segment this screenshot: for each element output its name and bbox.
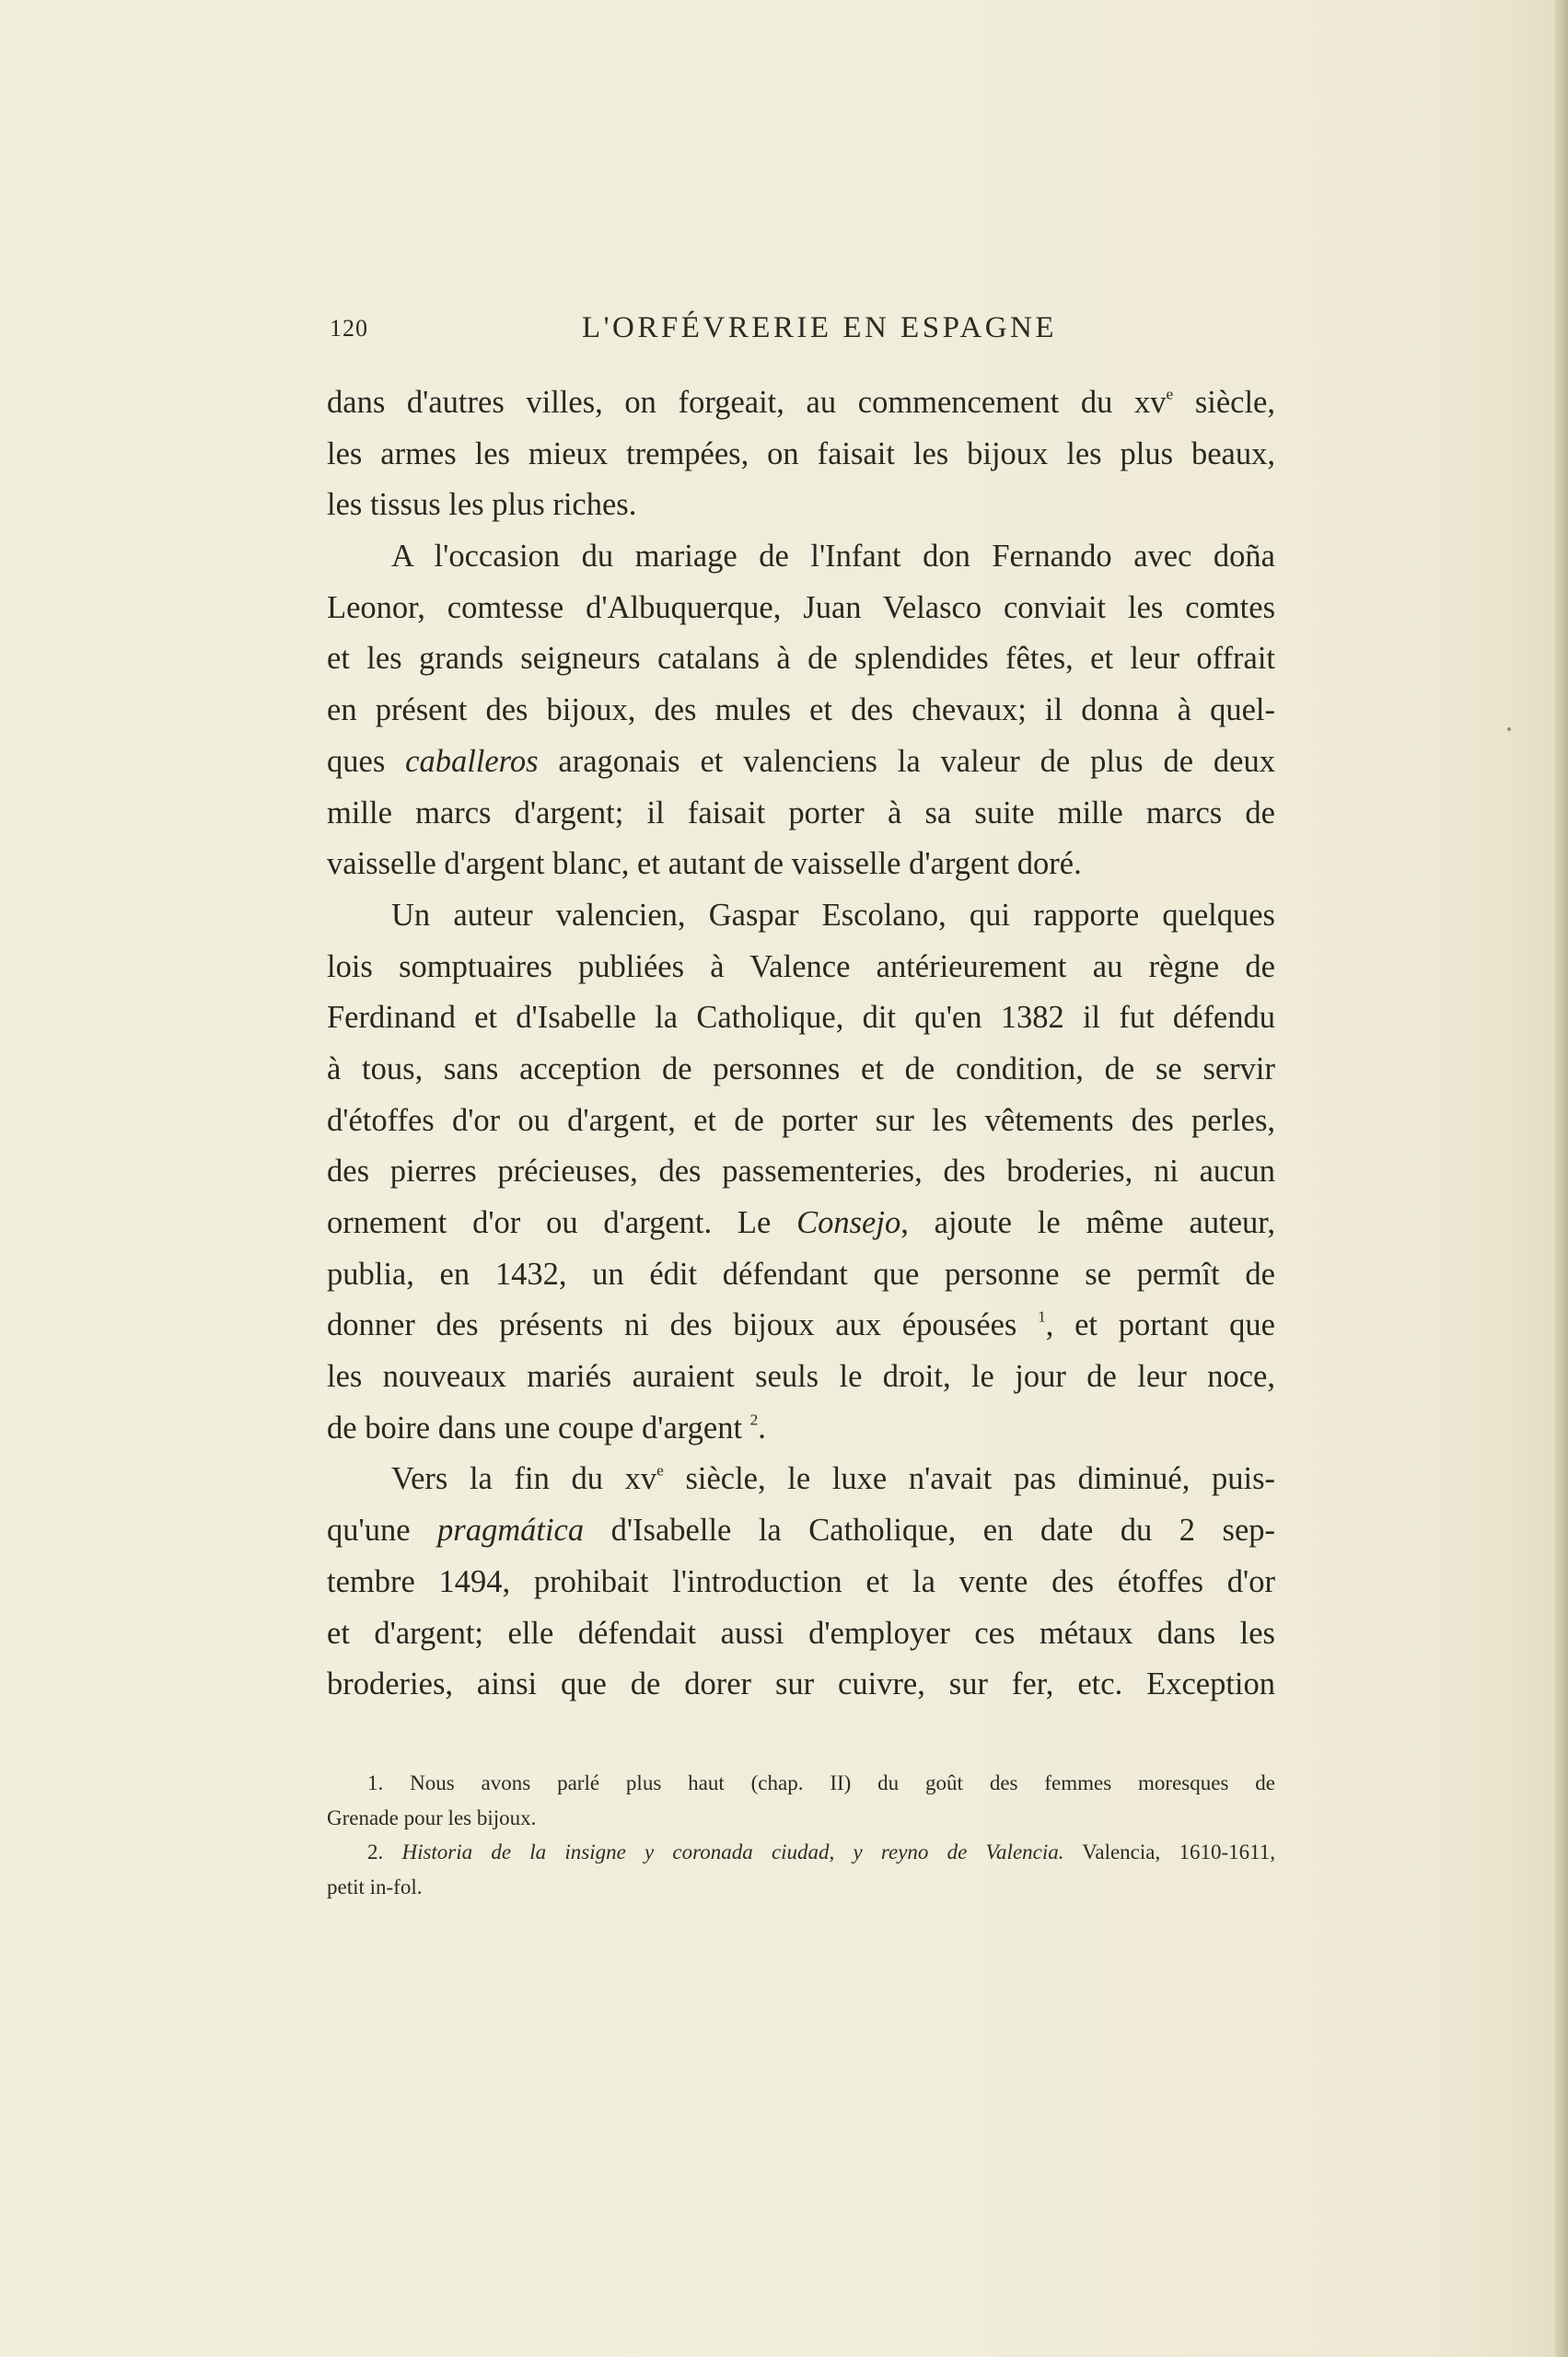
body-line: des pierres précieuses, des passementeri… <box>327 1146 1275 1198</box>
text-segment: donner des présents ni des bijoux aux ép… <box>327 1307 1038 1342</box>
text-segment: ques <box>327 744 405 779</box>
body-line: publia, en 1432, un édit défendant que p… <box>327 1249 1275 1301</box>
text-segment: aragonais et valenciens la valeur de plu… <box>539 744 1275 779</box>
text-segment: siècle, <box>1173 385 1275 420</box>
body-line: lois somptuaires publiées à Valence anté… <box>327 942 1275 993</box>
body-line: en présent des bijoux, des mules et des … <box>327 685 1275 737</box>
body-line: à tous, sans acception de personnes et d… <box>327 1044 1275 1096</box>
text-segment: Leonor, comtesse d'Albuquerque, Juan Vel… <box>327 590 1275 625</box>
text-segment: d'étoffes d'or ou d'argent, et de porter… <box>327 1103 1275 1138</box>
footnotes: 1. Nous avons parlé plus haut (chap. II)… <box>327 1766 1275 1904</box>
running-header: 120 L'ORFÉVRERIE EN ESPAGNE <box>327 311 1275 352</box>
footnote-line: 2. Historia de la insigne y coronada ciu… <box>327 1835 1275 1870</box>
text-segment: dans d'autres villes, on forgeait, au co… <box>327 385 1166 420</box>
body-line: ques caballeros aragonais et valenciens … <box>327 737 1275 788</box>
text-segment: , et portant que <box>1046 1307 1275 1342</box>
footnote-line: petit in-fol. <box>327 1870 1275 1905</box>
text-segment: siècle, le luxe n'avait pas diminué, pui… <box>664 1461 1275 1496</box>
body-line: vaisselle d'argent blanc, et autant de v… <box>327 839 1275 890</box>
italic-text: Consejo <box>796 1205 900 1240</box>
book-page: 120 L'ORFÉVRERIE EN ESPAGNE dans d'autre… <box>0 0 1568 2357</box>
text-segment: des pierres précieuses, des passementeri… <box>327 1154 1275 1189</box>
italic-text: caballeros <box>405 744 538 779</box>
text-segment: d'Isabelle la Catholique, en date du 2 s… <box>584 1513 1275 1548</box>
text-segment: Grenade pour les bijoux. <box>327 1806 536 1829</box>
text-segment: . <box>758 1411 766 1446</box>
text-segment: publia, en 1432, un édit défendant que p… <box>327 1257 1275 1292</box>
text-segment: qu'une <box>327 1513 437 1548</box>
body-line: broderies, ainsi que de dorer sur cuivre… <box>327 1659 1275 1711</box>
text-segment: 2. <box>367 1840 401 1864</box>
text-segment: vaisselle d'argent blanc, et autant de v… <box>327 846 1082 881</box>
body-line: Ferdinand et d'Isabelle la Catholique, d… <box>327 993 1275 1044</box>
text-segment: Valencia, 1610-1611, <box>1064 1840 1275 1864</box>
body-line: dans d'autres villes, on forgeait, au co… <box>327 377 1275 429</box>
text-segment: les nouveaux mariés auraient seuls le dr… <box>327 1359 1275 1394</box>
italic-text: Historia de la insigne y coronada ciudad… <box>401 1840 1063 1864</box>
text-segment: à tous, sans acception de personnes et d… <box>327 1051 1275 1086</box>
text-segment: Ferdinand et d'Isabelle la Catholique, d… <box>327 1000 1275 1035</box>
footnote-reference: 1 <box>1038 1308 1046 1326</box>
footnote-line: Grenade pour les bijoux. <box>327 1801 1275 1836</box>
text-segment: de boire dans une coupe d'argent <box>327 1411 750 1446</box>
body-line: ornement d'or ou d'argent. Le Consejo, a… <box>327 1198 1275 1249</box>
text-segment: ornement d'or ou d'argent. Le <box>327 1205 796 1240</box>
footnote-line: 1. Nous avons parlé plus haut (chap. II)… <box>327 1766 1275 1801</box>
body-line: les armes les mieux trempées, on faisait… <box>327 429 1275 481</box>
body-line: qu'une pragmática d'Isabelle la Catholiq… <box>327 1505 1275 1557</box>
text-segment: tembre 1494, prohibait l'introduction et… <box>327 1564 1275 1599</box>
superscript: e <box>656 1462 664 1480</box>
body-text: dans d'autres villes, on forgeait, au co… <box>327 377 1275 1711</box>
body-line: les tissus les plus riches. <box>327 480 1275 531</box>
body-line: mille marcs d'argent; il faisait porter … <box>327 788 1275 840</box>
text-segment: Vers la fin du xv <box>391 1461 656 1496</box>
text-segment: les armes les mieux trempées, on faisait… <box>327 436 1275 471</box>
text-segment: broderies, ainsi que de dorer sur cuivre… <box>327 1666 1275 1701</box>
text-segment: 1. Nous avons parlé plus haut (chap. II)… <box>367 1771 1275 1794</box>
body-line: tembre 1494, prohibait l'introduction et… <box>327 1557 1275 1608</box>
text-segment: en présent des bijoux, des mules et des … <box>327 692 1275 727</box>
body-line: et d'argent; elle défendait aussi d'empl… <box>327 1608 1275 1660</box>
body-line: Vers la fin du xve siècle, le luxe n'ava… <box>327 1454 1275 1505</box>
body-line: Leonor, comtesse d'Albuquerque, Juan Vel… <box>327 583 1275 634</box>
text-segment: , ajoute le même auteur, <box>900 1205 1275 1240</box>
page-edge-shadow <box>1555 0 1568 2357</box>
body-line: Un auteur valencien, Gaspar Escolano, qu… <box>327 890 1275 942</box>
footnote-reference: 2 <box>750 1411 759 1428</box>
body-line: A l'occasion du mariage de l'Infant don … <box>327 531 1275 583</box>
body-line: donner des présents ni des bijoux aux ép… <box>327 1300 1275 1352</box>
text-segment: et d'argent; elle défendait aussi d'empl… <box>327 1616 1275 1651</box>
superscript: e <box>1166 385 1173 402</box>
text-segment: Un auteur valencien, Gaspar Escolano, qu… <box>391 898 1275 933</box>
text-segment: lois somptuaires publiées à Valence anté… <box>327 949 1275 984</box>
body-line: de boire dans une coupe d'argent 2. <box>327 1403 1275 1455</box>
text-segment: et les grands seigneurs catalans à de sp… <box>327 641 1275 676</box>
text-segment: les tissus les plus riches. <box>327 487 636 522</box>
body-line: les nouveaux mariés auraient seuls le dr… <box>327 1352 1275 1403</box>
text-segment: A l'occasion du mariage de l'Infant don … <box>391 539 1275 574</box>
body-line: et les grands seigneurs catalans à de sp… <box>327 633 1275 685</box>
running-title: L'ORFÉVRERIE EN ESPAGNE <box>327 311 1275 345</box>
italic-text: pragmática <box>437 1513 584 1548</box>
body-line: d'étoffes d'or ou d'argent, et de porter… <box>327 1096 1275 1147</box>
text-segment: petit in-fol. <box>327 1875 422 1898</box>
text-segment: mille marcs d'argent; il faisait porter … <box>327 795 1275 830</box>
paper-speck <box>1507 727 1511 731</box>
